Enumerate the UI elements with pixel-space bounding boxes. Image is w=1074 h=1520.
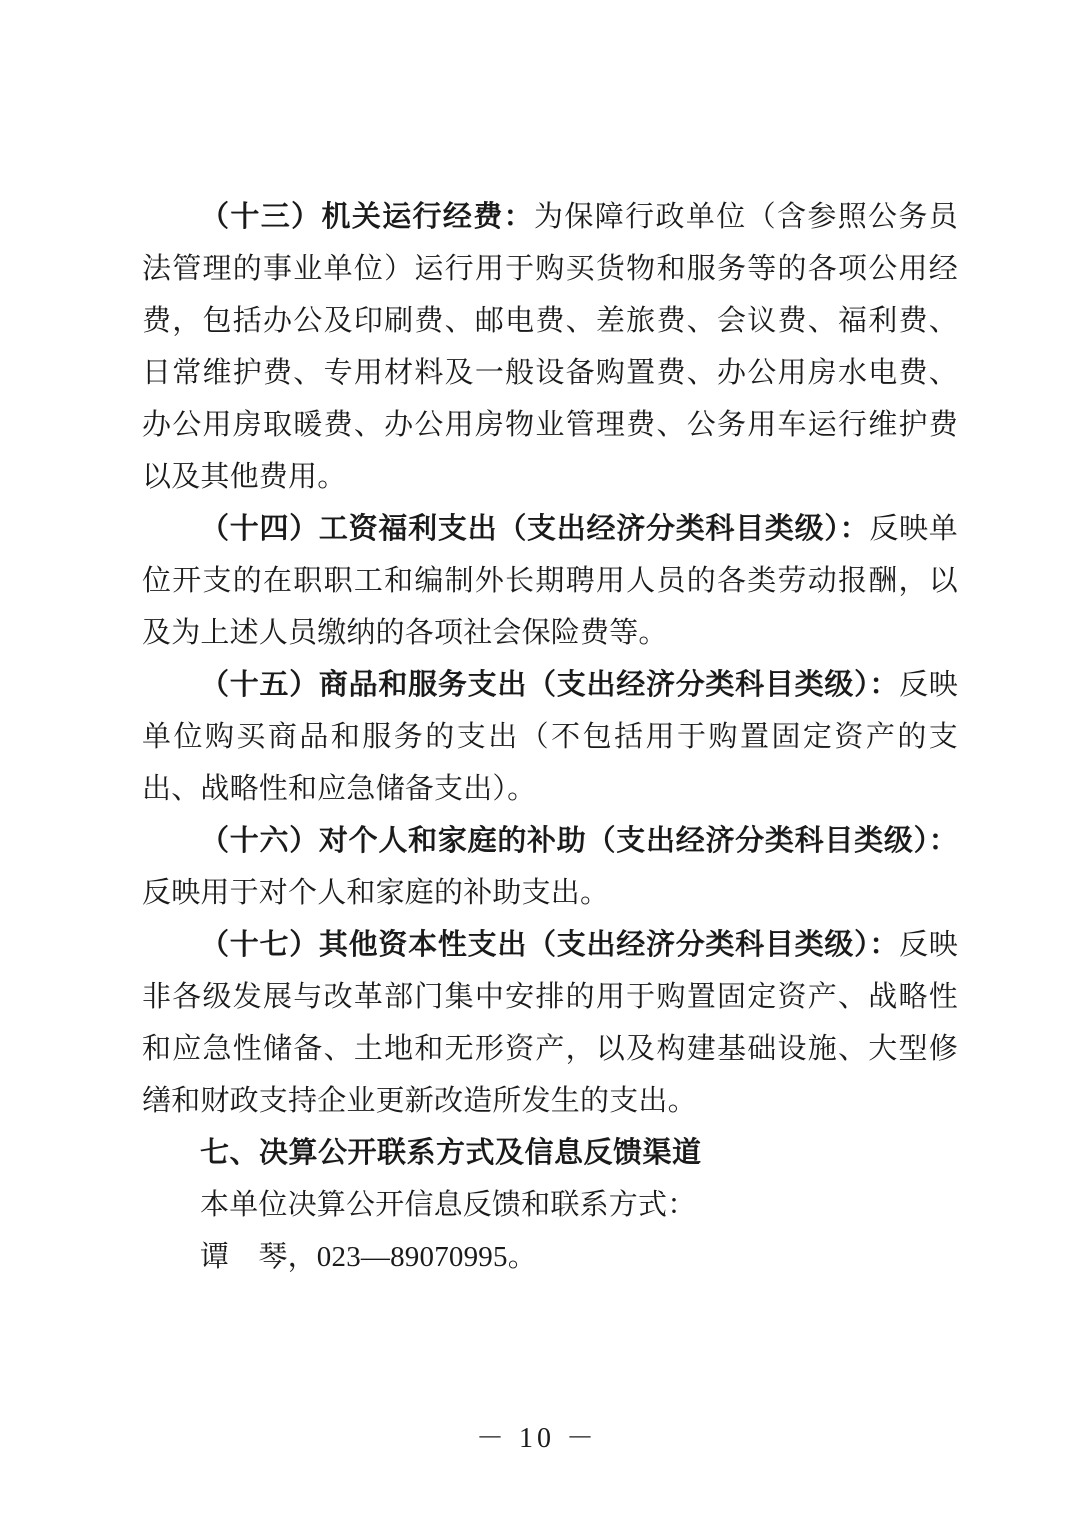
section-heading: 七、决算公开联系方式及信息反馈渠道 xyxy=(142,1127,958,1179)
page-number: － 10 － xyxy=(0,1416,1074,1456)
paragraph-16-body: 反映用于对个人和家庭的补助支出。 xyxy=(142,877,609,909)
paragraph-item-15: （十五）商品和服务支出（支出经济分类科目类级）：反映单位购买商品和服务的支出（不… xyxy=(142,659,958,815)
paragraph-item-13: （十三）机关运行经费：为保障行政单位（含参照公务员法管理的事业单位）运行用于购买… xyxy=(142,191,958,503)
paragraph-13-lead: （十三）机关运行经费： xyxy=(200,201,534,233)
paragraph-17-lead: （十七）其他资本性支出（支出经济分类科目类级）： xyxy=(200,929,899,961)
paragraph-item-17: （十七）其他资本性支出（支出经济分类科目类级）：反映非各级发展与改革部门集中安排… xyxy=(142,919,958,1127)
paragraph-14-lead: （十四）工资福利支出（支出经济分类科目类级）： xyxy=(200,513,869,545)
paragraph-15-lead: （十五）商品和服务支出（支出经济分类科目类级）： xyxy=(200,669,899,701)
contact-detail-line: 谭 琴，023—89070995。 xyxy=(142,1231,958,1283)
paragraph-item-14: （十四）工资福利支出（支出经济分类科目类级）：反映单位开支的在职职工和编制外长期… xyxy=(142,503,958,659)
document-content: （十三）机关运行经费：为保障行政单位（含参照公务员法管理的事业单位）运行用于购买… xyxy=(142,191,958,1283)
paragraph-item-16: （十六）对个人和家庭的补助（支出经济分类科目类级）：反映用于对个人和家庭的补助支… xyxy=(142,815,958,919)
contact-intro-line: 本单位决算公开信息反馈和联系方式： xyxy=(142,1179,958,1231)
paragraph-13-body: 为保障行政单位（含参照公务员法管理的事业单位）运行用于购买货物和服务等的各项公用… xyxy=(142,201,958,493)
paragraph-16-lead: （十六）对个人和家庭的补助（支出经济分类科目类级）： xyxy=(200,825,958,857)
document-page: （十三）机关运行经费：为保障行政单位（含参照公务员法管理的事业单位）运行用于购买… xyxy=(0,0,1074,1520)
